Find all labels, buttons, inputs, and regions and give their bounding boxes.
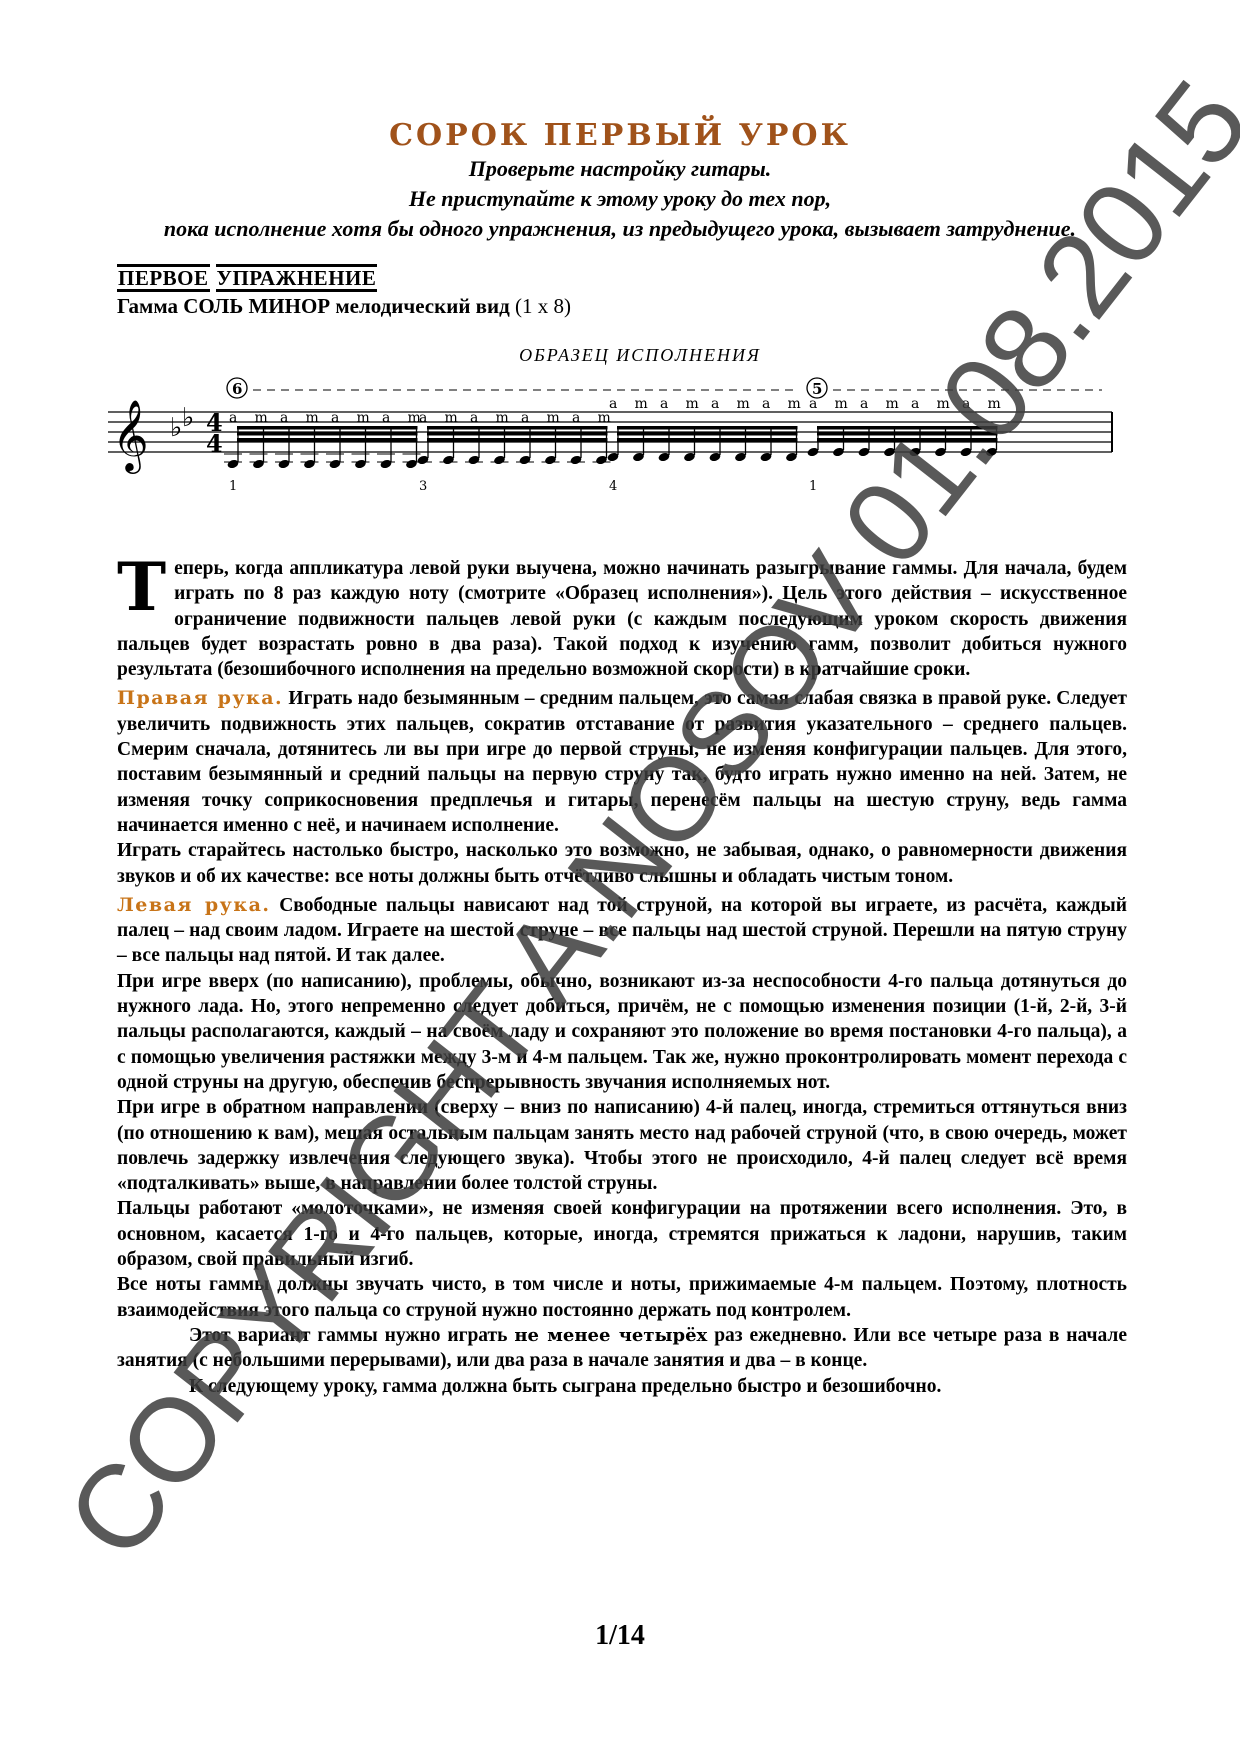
page-number: 1/14	[0, 1620, 1240, 1652]
svg-text:1: 1	[809, 479, 817, 490]
svg-text:m: m	[886, 396, 899, 412]
svg-text:m: m	[988, 396, 1001, 412]
svg-text:m: m	[635, 396, 648, 412]
svg-text:a: a	[572, 410, 580, 426]
svg-text:1: 1	[229, 479, 237, 490]
scale-name: Гамма СОЛЬ МИНОР мелодический вид	[117, 294, 510, 318]
svg-text:m: m	[835, 396, 848, 412]
svg-text:a: a	[331, 410, 339, 426]
subtitle-line-1: Проверьте настройку гитары.	[0, 154, 1240, 184]
left-hand-heading: Левая рука.	[117, 894, 271, 916]
lesson-title: СОРОК ПЕРВЫЙ УРОК	[0, 118, 1240, 153]
exercise-subtitle: Гамма СОЛЬ МИНОР мелодический вид (1 x 8…	[117, 294, 571, 319]
next-lesson-paragraph: К следующему уроку, гамма должна быть сы…	[117, 1374, 1127, 1399]
svg-text:6: 6	[232, 380, 242, 398]
dropcap-letter: Т	[117, 558, 166, 616]
exercise-title-word-2: УПРАЖНЕНИЕ	[216, 264, 378, 292]
sample-label: ОБРАЗЕЦ ИСПОЛНЕНИЯ	[0, 345, 1240, 366]
practice-variant-paragraph: Этот вариант гаммы нужно играть не менее…	[117, 1323, 1127, 1374]
intro-paragraph: Теперь, когда аппликатура левой руки выу…	[117, 556, 1127, 682]
svg-text:a: a	[660, 396, 668, 412]
svg-text:m: m	[788, 396, 801, 412]
document-page: СОРОК ПЕРВЫЙ УРОК Проверьте настройку ги…	[0, 0, 1240, 1754]
svg-text:♭: ♭	[182, 403, 194, 433]
svg-text:m: m	[496, 410, 509, 426]
svg-text:m: m	[598, 410, 611, 426]
svg-text:a: a	[521, 410, 529, 426]
downward-paragraph: При игре в обратном направлении (сверху …	[117, 1095, 1127, 1196]
svg-text:a: a	[711, 396, 719, 412]
music-staff-notation: 𝄞♭♭44amamamam1amamamam3amamamam4amamamam…	[100, 370, 1120, 490]
exercise-title: ПЕРВОЕУПРАЖНЕНИЕ	[117, 264, 383, 292]
svg-text:a: a	[911, 396, 919, 412]
svg-text:m: m	[306, 410, 319, 426]
subtitle-line-2: Не приступайте к этому уроку до тех пор,	[0, 184, 1240, 214]
exercise-title-word-1: ПЕРВОЕ	[117, 264, 210, 292]
svg-text:4: 4	[609, 479, 617, 490]
left-hand-paragraph: Левая рука. Свободные пальцы нависают на…	[117, 893, 1127, 969]
svg-text:m: m	[547, 410, 560, 426]
svg-text:♭: ♭	[170, 413, 182, 443]
right-hand-paragraph: Правая рука. Играть надо безымянным – ср…	[117, 686, 1127, 838]
svg-text:a: a	[762, 396, 770, 412]
svg-text:m: m	[357, 410, 370, 426]
svg-text:a: a	[962, 396, 970, 412]
svg-text:m: m	[445, 410, 458, 426]
svg-text:m: m	[737, 396, 750, 412]
svg-text:m: m	[686, 396, 699, 412]
svg-text:m: m	[255, 410, 268, 426]
svg-text:a: a	[229, 410, 237, 426]
intro-text: еперь, когда аппликатура левой руки выуч…	[117, 558, 1127, 680]
body-text: Теперь, когда аппликатура левой руки выу…	[117, 556, 1127, 1399]
svg-text:a: a	[280, 410, 288, 426]
clean-notes-paragraph: Все ноты гаммы должны звучать чисто, в т…	[117, 1272, 1127, 1323]
svg-text:a: a	[419, 410, 427, 426]
svg-text:𝄞: 𝄞	[112, 398, 149, 474]
right-hand-paragraph-2: Играть старайтесь настолько быстро, наск…	[117, 838, 1127, 889]
hammers-paragraph: Пальцы работают «молоточками», не изменя…	[117, 1196, 1127, 1272]
svg-text:a: a	[860, 396, 868, 412]
right-hand-text: Играть надо безымянным – средним пальцем…	[117, 688, 1127, 835]
svg-text:a: a	[609, 396, 617, 412]
variant-text-a: Этот вариант гаммы нужно играть	[189, 1325, 514, 1346]
right-hand-heading: Правая рука.	[117, 687, 283, 709]
scale-repeat: (1 x 8)	[515, 294, 571, 318]
svg-text:3: 3	[419, 479, 427, 490]
subtitle-line-3: пока исполнение хотя бы одного упражнени…	[0, 214, 1240, 244]
upward-paragraph: При игре вверх (по написанию), проблемы,…	[117, 969, 1127, 1095]
svg-text:5: 5	[812, 380, 822, 398]
svg-text:m: m	[937, 396, 950, 412]
svg-text:a: a	[470, 410, 478, 426]
variant-emphasis: не менее четырёх	[514, 1325, 707, 1346]
svg-text:4: 4	[206, 429, 223, 458]
svg-text:a: a	[382, 410, 390, 426]
